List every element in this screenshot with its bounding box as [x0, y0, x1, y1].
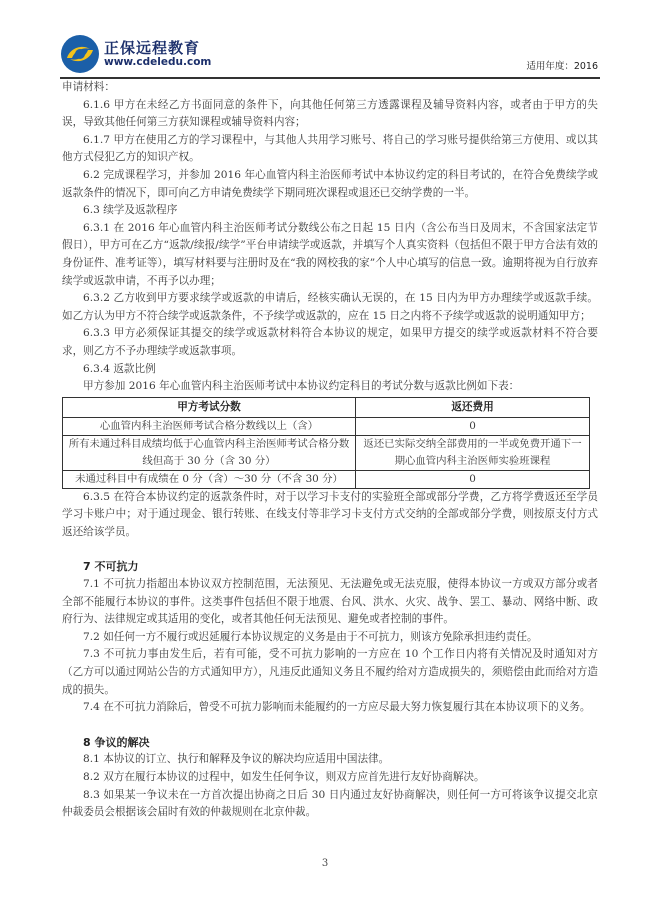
brand-name: 正保远程教育	[104, 37, 200, 58]
clause-8-1: 8.1 本协议的订立、执行和解释及争议的解决均应适用中国法律。	[62, 751, 598, 769]
table-row: 心血管内科主治医师考试合格分数线以上（含） 0	[63, 417, 590, 435]
clause-6-1-6: 6.1.6 甲方在未经乙方书面同意的条件下，向其他任何第三方透露课程及辅导资料内…	[62, 97, 598, 132]
clause-7-1: 7.1 不可抗力指超出本协议双方控制范围，无法预见、无法避免或无法克服，使得本协…	[62, 576, 598, 629]
clause-7-4: 7.4 在不可抗力消除后，曾受不可抗力影响而未能履约的一方应尽最大努力恢复履行其…	[62, 699, 598, 717]
section-7-title: 7 不可抗力	[62, 558, 598, 576]
clause-6-3-1: 6.3.1 在 2016 年心血管内科主治医师考试分数线公布之日起 15 日内（…	[62, 220, 598, 290]
clause-6-3-4: 6.3.4 返款比例	[62, 361, 598, 379]
lead-text: 申请材料：	[62, 79, 598, 97]
table-cell-score: 所有未通过科目成绩均低于心血管内科主治医师考试合格分数线但高于 30 分（含 3…	[63, 435, 356, 470]
document-page: 正保远程教育 www.cdeledu.com 适用年度：2016 申请材料： 6…	[0, 0, 650, 919]
clause-6-3-2: 6.3.2 乙方收到甲方要求续学或返款的申请后，经核实确认无误的，在 15 日内…	[62, 290, 598, 325]
clause-8-2: 8.2 双方在履行本协议的过程中，如发生任何争议，则双方应首先进行友好协商解决。	[62, 769, 598, 787]
table-cell-refund: 返还已实际交纳全部费用的一半或免费开通下一期心血管内科主治医师实验班课程	[356, 435, 590, 470]
page-header: 正保远程教育 www.cdeledu.com 适用年度：2016	[60, 34, 600, 76]
table-cell-refund: 0	[356, 470, 590, 488]
clause-6-3-3: 6.3.3 甲方必须保证其提交的续学或返款材料符合本协议的规定，如果甲方提交的续…	[62, 325, 598, 360]
document-body: 申请材料： 6.1.6 甲方在未经乙方书面同意的条件下，向其他任何第三方透露课程…	[62, 79, 598, 822]
clause-6-1-7: 6.1.7 甲方在使用乙方的学习课程中，与其他人共用学习账号、将自己的学习账号提…	[62, 132, 598, 167]
table-header-row: 甲方考试分数 返还费用	[63, 397, 590, 417]
clause-6-2: 6.2 完成课程学习，并参加 2016 年心血管内科主治医师考试中本协议约定的科…	[62, 167, 598, 202]
clause-7-2: 7.2 如任何一方不履行或迟延履行本协议规定的义务是由于不可抗力，则该方免除承担…	[62, 629, 598, 647]
column-header-score: 甲方考试分数	[63, 397, 356, 417]
clause-8-3: 8.3 如果某一争议未在一方首次提出协商之日后 30 日内通过友好协商解决，则任…	[62, 787, 598, 822]
table-cell-score: 未通过科目中有成绩在 0 分（含）～30 分（不含 30 分）	[63, 470, 356, 488]
table-cell-score: 心血管内科主治医师考试合格分数线以上（含）	[63, 417, 356, 435]
brand-url: www.cdeledu.com	[104, 56, 211, 68]
table-intro: 甲方参加 2016 年心血管内科主治医师考试中本协议约定科目的考试分数与返款比例…	[62, 378, 598, 396]
clause-6-3-5: 6.3.5 在符合本协议约定的返款条件时，对于以学习卡支付的实验班全部或部分学费…	[62, 489, 598, 542]
refund-table: 甲方考试分数 返还费用 心血管内科主治医师考试合格分数线以上（含） 0 所有未通…	[62, 397, 590, 489]
column-header-refund: 返还费用	[356, 397, 590, 417]
table-row: 所有未通过科目成绩均低于心血管内科主治医师考试合格分数线但高于 30 分（含 3…	[63, 435, 590, 470]
table-cell-refund: 0	[356, 417, 590, 435]
table-row: 未通过科目中有成绩在 0 分（含）～30 分（不含 30 分） 0	[63, 470, 590, 488]
spacer	[62, 717, 598, 734]
clause-7-3: 7.3 不可抗力事由发生后，若有可能，受不可抗力影响的一方应在 10 个工作日内…	[62, 646, 598, 699]
applicable-year: 适用年度：2016	[526, 58, 598, 72]
spacer	[62, 541, 598, 558]
clause-6-3: 6.3 续学及返款程序	[62, 202, 598, 220]
section-8-title: 8 争议的解决	[62, 734, 598, 752]
page-number: 3	[0, 858, 650, 869]
cdeledu-logo-icon	[60, 34, 100, 74]
